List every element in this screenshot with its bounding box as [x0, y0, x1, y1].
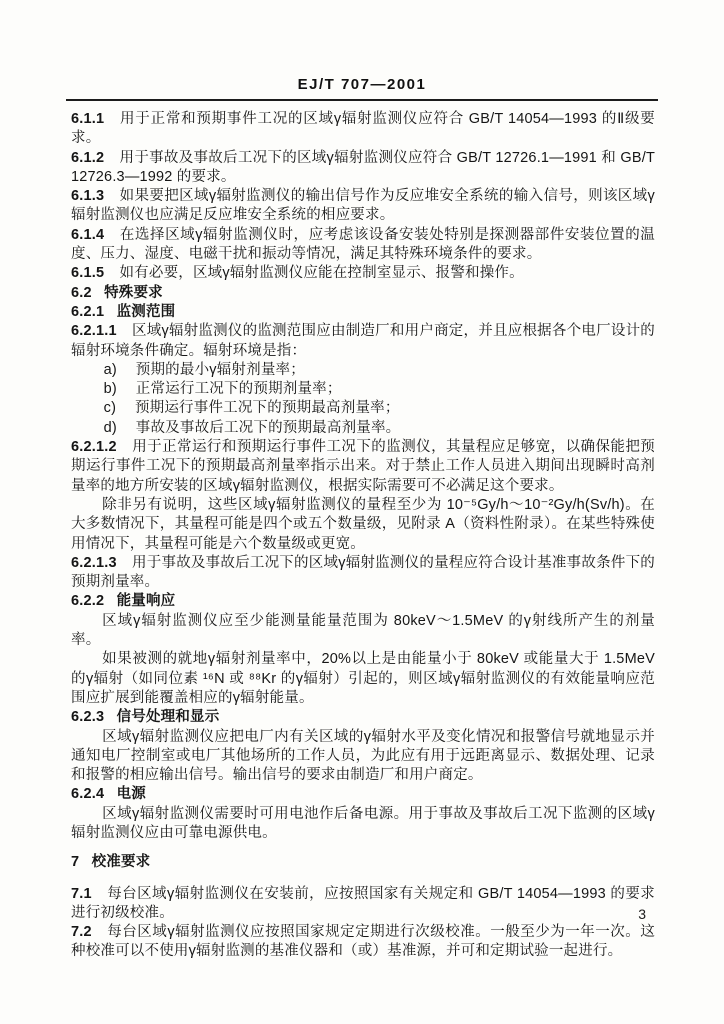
clause-number: 6.1.1: [71, 111, 104, 127]
document-page: EJ/T 707—2001 6.1.1用于正常和预期事件工况的区域γ辐射监测仪应…: [0, 0, 724, 1024]
clause-number: 6.2.1: [71, 304, 104, 320]
list-item-b: b)正常运行工况下的预期剂量率；: [71, 380, 655, 399]
clause-6-2-1-1: 6.2.1.1区域γ辐射监测仪的监测范围应由制造厂和用户商定，并且应根据各个电厂…: [71, 322, 655, 361]
clause-6-1-2: 6.1.2用于事故及事故后工况下的区域γ辐射监测仪应符合 GB/T 12726.…: [71, 149, 655, 188]
clause-6-2-1-3: 6.2.1.3用于事故及事故后工况下的区域γ辐射监测仪的量程应符合设计基准事故条…: [71, 554, 655, 593]
list-item-a: a)预期的最小γ辐射剂量率；: [71, 361, 655, 380]
clause-6-1-5: 6.1.5如有必要，区域γ辐射监测仪应能在控制室显示、报警和操作。: [71, 264, 655, 283]
header-rule: [66, 99, 658, 101]
list-item-d: d)事故及事故后工况下的预期最高剂量率。: [71, 419, 655, 438]
clause-number: 6.1.5: [71, 265, 104, 281]
para: 如果被测的就地γ辐射剂量率中，20%以上是由能量小于 80keV 或能量大于 1…: [71, 650, 655, 708]
clause-number: 7: [71, 854, 79, 870]
clause-number: 6.2.4: [71, 786, 104, 802]
heading-6-2-2: 6.2.2能量响应: [71, 592, 655, 611]
heading-6-2-4: 6.2.4电源: [71, 785, 655, 804]
clause-number: 6.2.3: [71, 709, 104, 725]
standard-number: EJ/T 707—2001: [298, 76, 427, 98]
clause-7-2: 7.2每台区域γ辐射监测仪应按照国家规定定期进行次级校准。一般至少为一年一次。这…: [71, 923, 655, 962]
clause-number: 6.1.3: [71, 188, 104, 204]
clause-number: 7.2: [71, 924, 92, 940]
clause-number: 6.2.1.3: [71, 555, 117, 571]
para: 除非另有说明，这些区域γ辐射监测仪的量程至少为 10⁻⁵Gy/h～10⁻²Gy/…: [71, 496, 655, 554]
list-marker: c): [104, 400, 116, 416]
heading-6-2: 6.2特殊要求: [71, 284, 655, 303]
heading-6-2-3: 6.2.3信号处理和显示: [71, 708, 655, 727]
clause-number: 6.2.1.1: [71, 323, 117, 339]
clause-number: 6.1.2: [71, 150, 104, 166]
page-header: EJ/T 707—2001: [66, 76, 658, 98]
list-marker: d): [104, 420, 117, 436]
list-marker: a): [104, 362, 117, 378]
list-marker: b): [104, 381, 117, 397]
clause-6-1-3: 6.1.3如果要把区域γ辐射监测仪的输出信号作为反应堆安全系统的输入信号，则该区…: [71, 187, 655, 226]
clause-6-1-1: 6.1.1用于正常和预期事件工况的区域γ辐射监测仪应符合 GB/T 14054—…: [71, 110, 655, 149]
para: 区域γ辐射监测仪应至少能测量能量范围为 80keV～1.5MeV 的γ射线所产生…: [71, 612, 655, 651]
clause-6-2-1-2: 6.2.1.2用于正常运行和预期运行事件工况下的监测仪，其量程应足够宽，以确保能…: [71, 438, 655, 496]
clause-number: 6.2: [71, 285, 92, 301]
clause-number: 6.2.1.2: [71, 439, 117, 455]
clause-number: 6.1.4: [71, 227, 104, 243]
clause-7-1: 7.1每台区域γ辐射监测仪在安装前，应按照国家有关规定和 GB/T 14054—…: [71, 885, 655, 924]
para: 区域γ辐射监测仪需要时可用电池作后备电源。用于事故及事故后工况下监测的区域γ辐射…: [71, 805, 655, 844]
para: 区域γ辐射监测仪应把电厂内有关区域的γ辐射水平及变化情况和报警信号就地显示并通知…: [71, 728, 655, 786]
heading-6-2-1: 6.2.1监测范围: [71, 303, 655, 322]
clause-6-1-4: 6.1.4在选择区域γ辐射监测仪时，应考虑该设备安装处特别是探测器部件安装位置的…: [71, 226, 655, 265]
list-item-c: c)预期运行事件工况下的预期最高剂量率；: [71, 399, 655, 418]
document-body: 6.1.1用于正常和预期事件工况的区域γ辐射监测仪应符合 GB/T 14054—…: [71, 110, 655, 962]
clause-number: 6.2.2: [71, 593, 104, 609]
section-heading-7: 7校准要求: [71, 853, 655, 872]
clause-number: 7.1: [71, 886, 92, 902]
page-number: 3: [638, 906, 646, 922]
